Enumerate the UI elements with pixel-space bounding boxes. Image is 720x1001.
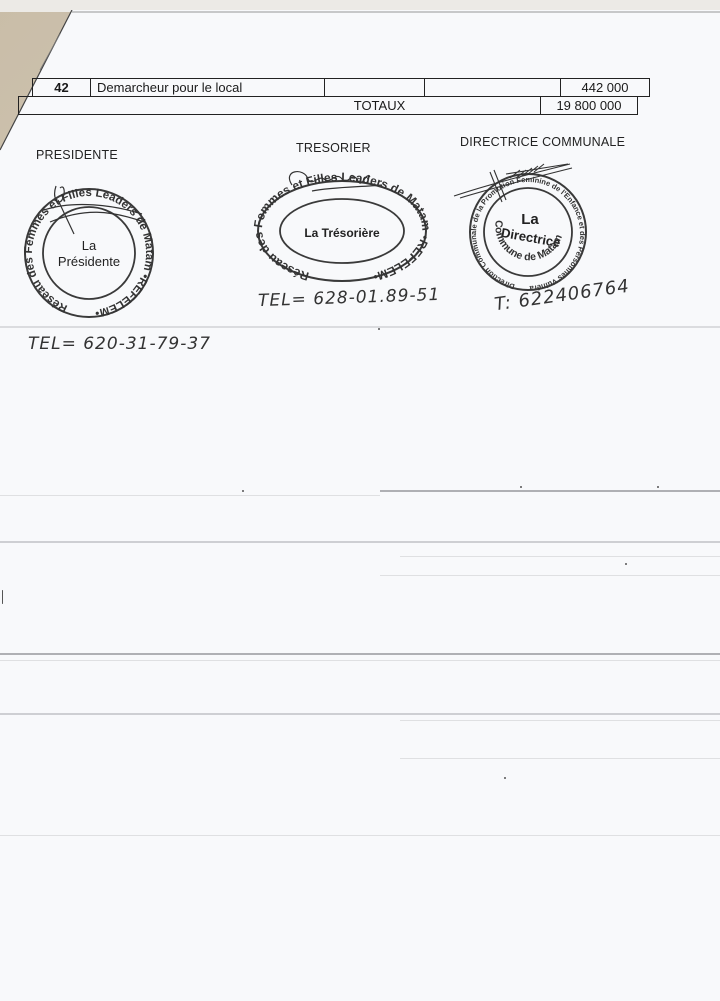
scan-streak: [0, 495, 380, 496]
presidente-phone: TEL= 620-31-79-37: [28, 334, 211, 354]
presidente-seal-line2: Présidente: [58, 254, 120, 269]
directrice-title: DIRECTRICE COMMUNALE: [460, 135, 625, 149]
presidente-seal-line1: La: [82, 238, 97, 253]
scan-streak: [380, 575, 720, 576]
row-amount: 442 000: [561, 79, 649, 96]
scan-streak: [0, 713, 720, 715]
presidente-seal: Réseau des Femmes et Filles Leaders de M…: [14, 180, 164, 325]
scan-streak: [400, 720, 720, 721]
scan-speck: [520, 486, 522, 488]
presidente-title: PRESIDENTE: [36, 148, 118, 162]
directrice-seal-line1: La: [521, 211, 539, 228]
svg-text:Direction Communale de la Prom: Direction Communale de la Promotion Femi…: [450, 158, 587, 293]
row-empty-col4: [425, 79, 561, 96]
scan-speck: [504, 777, 506, 779]
directrice-seal-ring-text: Direction Communale de la Promotion Femi…: [450, 158, 587, 293]
row-number: 42: [33, 79, 91, 96]
row-description: Demarcheur pour le local: [91, 79, 325, 96]
scan-streak: [0, 326, 720, 328]
totals-amount: 19 800 000: [541, 97, 637, 114]
row-empty-col3: [325, 79, 425, 96]
scan-speck: [2, 590, 3, 604]
tresorier-seal-center: La Trésorière: [304, 226, 380, 240]
totals-row: TOTAUX 19 800 000: [18, 96, 638, 115]
scan-streak: [0, 653, 720, 655]
scan-streak: [0, 541, 720, 543]
scan-speck: [657, 486, 659, 488]
scan-streak: [0, 660, 720, 661]
tresorier-title: TRESORIER: [296, 141, 371, 155]
scan-speck: [378, 328, 380, 330]
totals-label: TOTAUX: [19, 97, 541, 114]
scan-streak: [0, 835, 720, 836]
scan-speck: [625, 563, 627, 565]
table-row: 42 Demarcheur pour le local 442 000: [32, 78, 650, 97]
scan-streak: [400, 758, 720, 759]
scan-streak: [400, 556, 720, 557]
scan-speck: [242, 490, 244, 492]
directrice-seal: Direction Communale de la Promotion Femi…: [450, 158, 620, 298]
tresorier-seal: Réseau des Femmes et Filles Leaders de M…: [252, 165, 432, 285]
scan-streak: [380, 490, 720, 492]
